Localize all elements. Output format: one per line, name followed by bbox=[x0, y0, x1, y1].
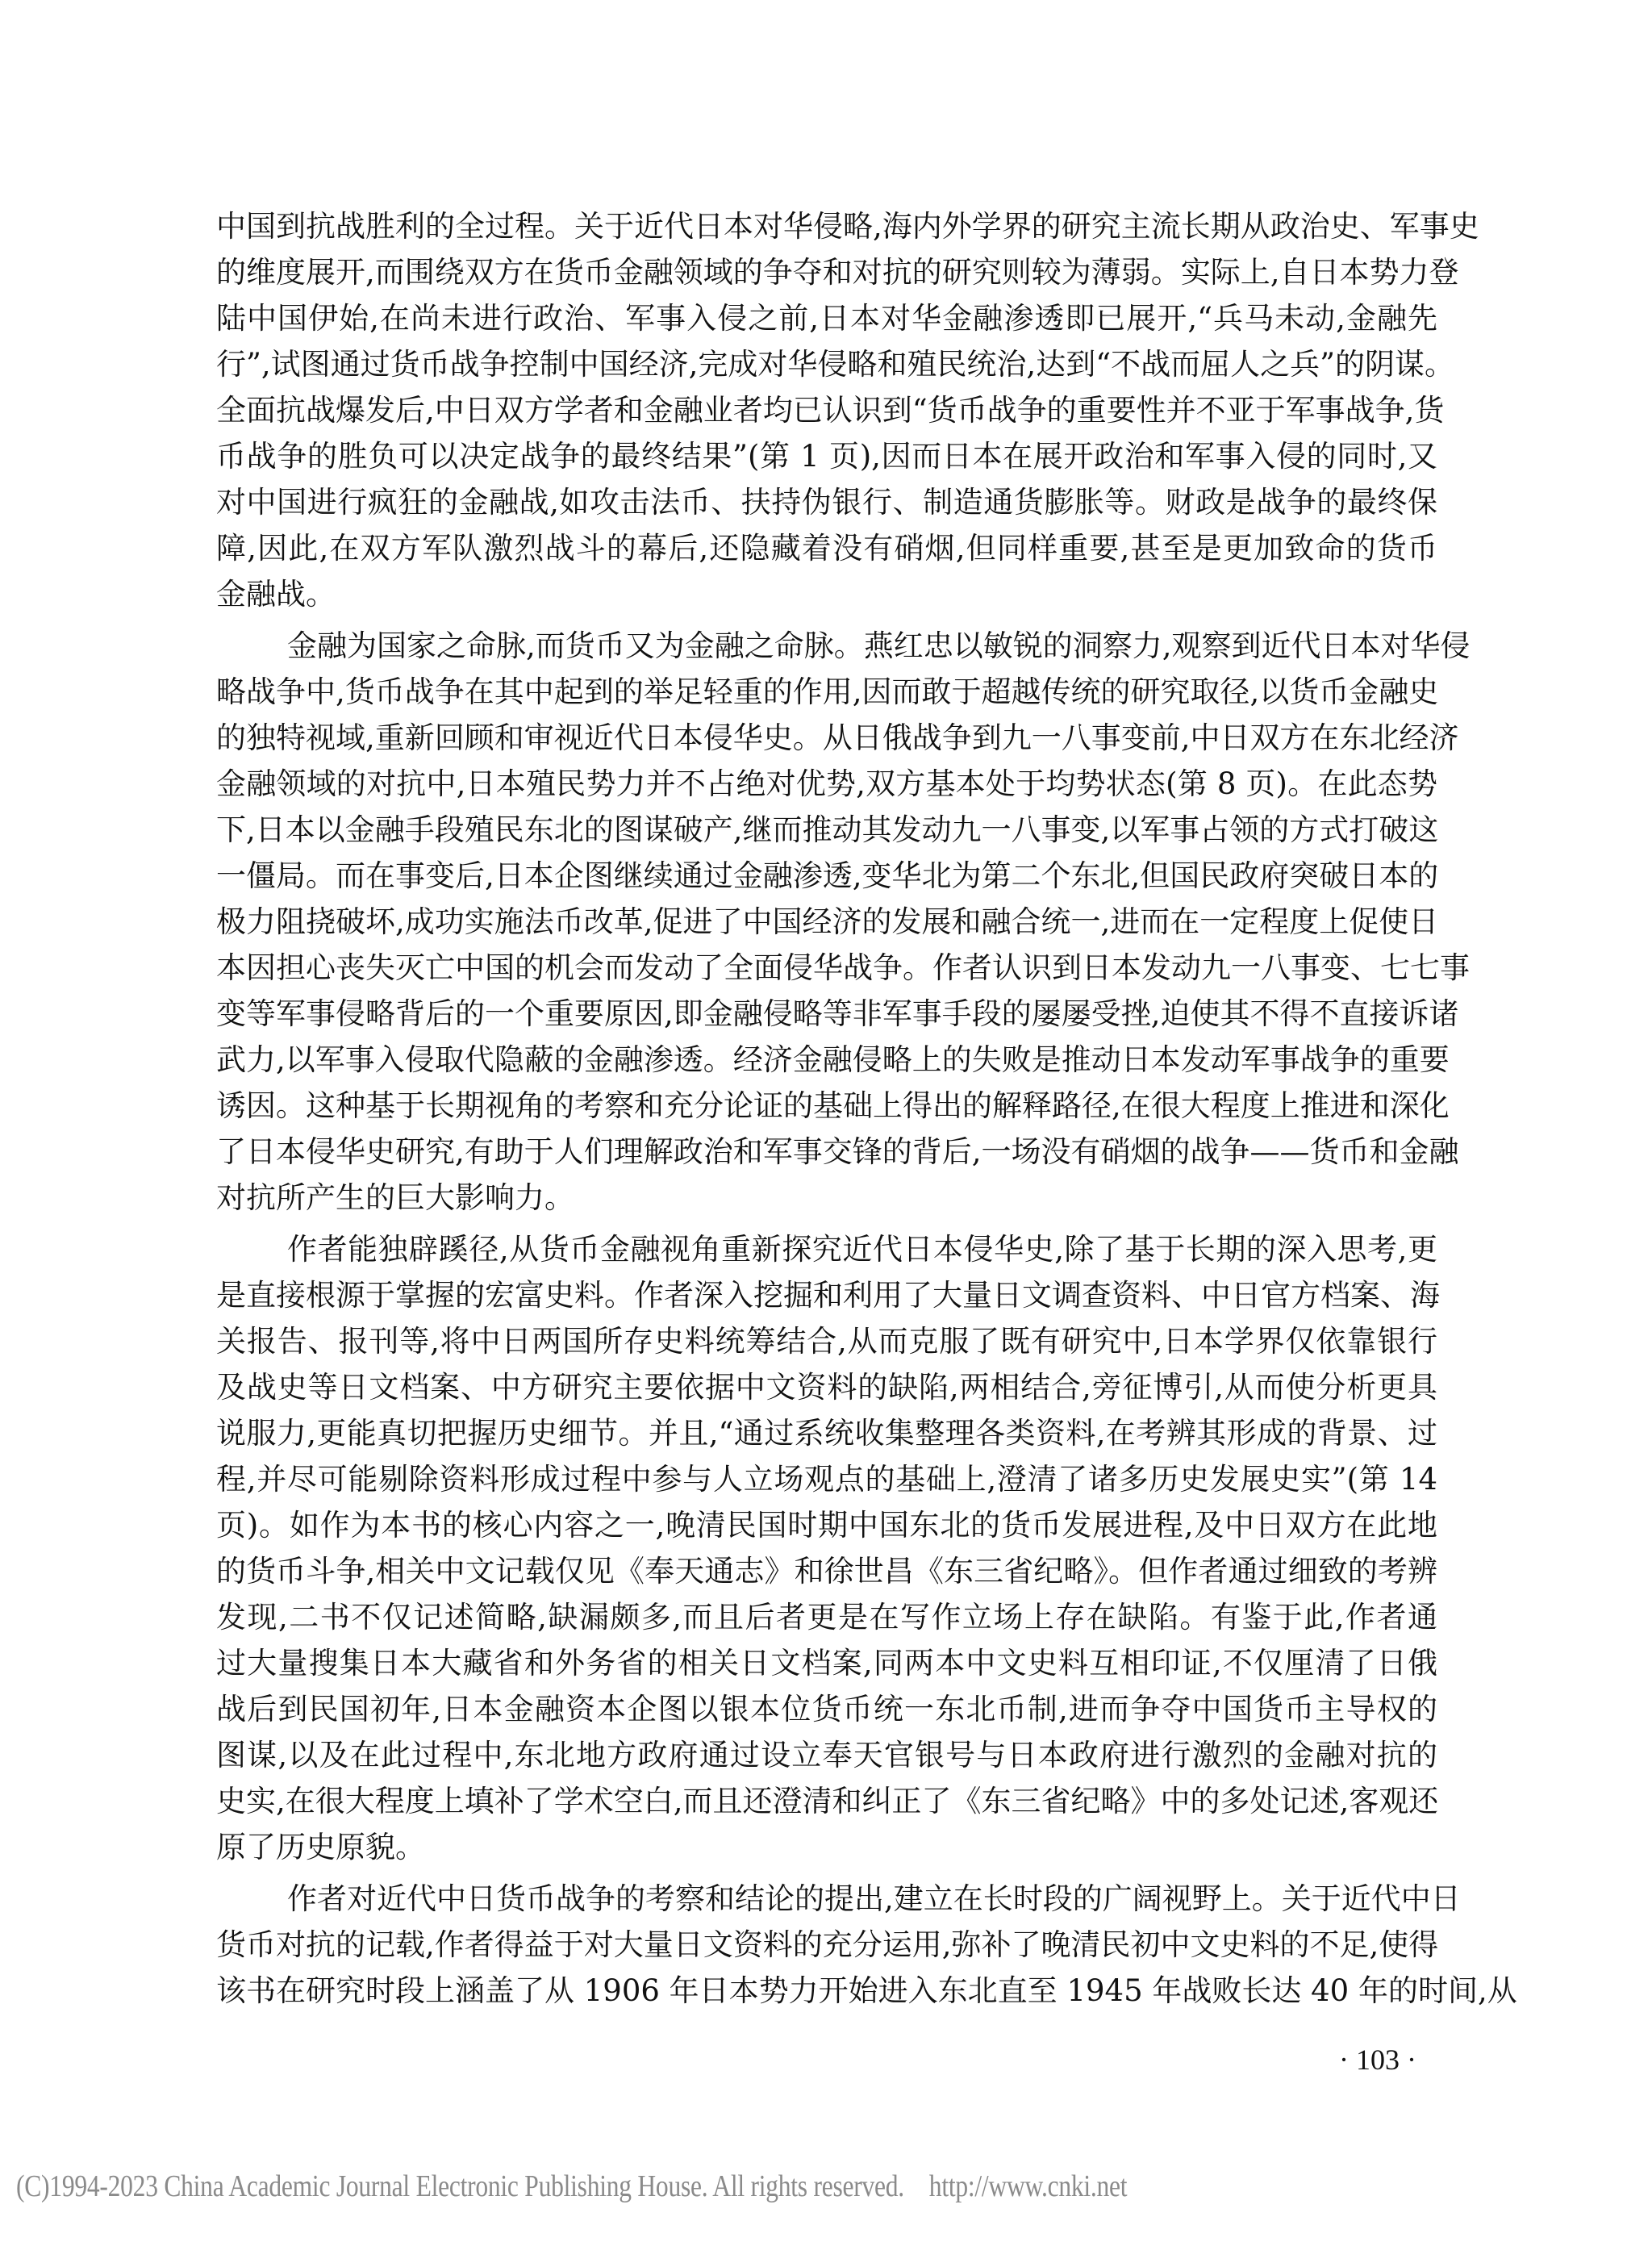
text-line: 武力,以军事入侵取代隐蔽的金融渗透。经济金融侵略上的失败是推动日本发动军事战争的… bbox=[216, 1037, 1437, 1083]
copyright-text: (C)1994-2023 China Academic Journal Elec… bbox=[16, 2169, 904, 2203]
text-line: 发现,二书不仅记述简略,缺漏颇多,而且后者更是在写作立场上存在缺陷。有鉴于此,作… bbox=[216, 1594, 1437, 1640]
text-line: 作者对近代中日货币战争的考察和结论的提出,建立在长时段的广阔视野上。关于近代中日 bbox=[216, 1876, 1437, 1922]
text-line: 图谋,以及在此过程中,东北地方政府通过设立奉天官银号与日本政府进行激烈的金融对抗… bbox=[216, 1732, 1437, 1778]
text-line: 的独特视域,重新回顾和审视近代日本侵华史。从日俄战争到九一八事变前,中日双方在东… bbox=[216, 715, 1437, 761]
text-line: 及战史等日文档案、中方研究主要依据中文资料的缺陷,两相结合,旁征博引,从而使分析… bbox=[216, 1364, 1437, 1410]
text-line: 对中国进行疯狂的金融战,如攻击法币、扶持伪银行、制造通货膨胀等。财政是战争的最终… bbox=[216, 479, 1437, 525]
text-line: 的维度展开,而围绕双方在货币金融领域的争夺和对抗的研究则较为薄弱。实际上,自日本… bbox=[216, 249, 1437, 295]
text-line: 该书在研究时段上涵盖了从 1906 年日本势力开始进入东北直至 1945 年战败… bbox=[216, 1968, 1437, 2014]
text-line: 说服力,更能真切把握历史细节。并且,“通过系统收集整理各类资料,在考辨其形成的背… bbox=[216, 1410, 1437, 1456]
text-line: 极力阻挠破坏,成功实施法币改革,促进了中国经济的发展和融合统一,进而在一定程度上… bbox=[216, 899, 1437, 945]
text-line: 金融战。 bbox=[216, 571, 1437, 617]
text-line: 对抗所产生的巨大影响力。 bbox=[216, 1175, 1437, 1221]
text-line: 金融领域的对抗中,日本殖民势力并不占绝对优势,双方基本处于均势状态(第 8 页)… bbox=[216, 761, 1437, 807]
text-line: 陆中国伊始,在尚未进行政治、军事入侵之前,日本对华金融渗透即已展开,“兵马未动,… bbox=[216, 295, 1437, 341]
text-line: 战后到民国初年,日本金融资本企图以银本位货币统一东北币制,进而争夺中国货币主导权… bbox=[216, 1686, 1437, 1732]
article-body: 中国到抗战胜利的全过程。关于近代日本对华侵略,海内外学界的研究主流长期从政治史、… bbox=[216, 203, 1437, 2019]
copyright-footer: (C)1994-2023 China Academic Journal Elec… bbox=[16, 2169, 1127, 2204]
paragraph-4: 作者对近代中日货币战争的考察和结论的提出,建立在长时段的广阔视野上。关于近代中日… bbox=[216, 1876, 1437, 2014]
text-line: 作者能独辟蹊径,从货币金融视角重新探究近代日本侵华史,除了基于长期的深入思考,更 bbox=[216, 1226, 1437, 1272]
text-line: 了日本侵华史研究,有助于人们理解政治和军事交锋的背后,一场没有硝烟的战争——货币… bbox=[216, 1129, 1437, 1175]
text-line: 关报告、报刊等,将中日两国所存史料统筹结合,从而克服了既有研究中,日本学界仅依靠… bbox=[216, 1318, 1437, 1364]
text-line: 略战争中,货币战争在其中起到的举足轻重的作用,因而敢于超越传统的研究取径,以货币… bbox=[216, 669, 1437, 715]
text-line: 史实,在很大程度上填补了学术空白,而且还澄清和纠正了《东三省纪略》中的多处记述,… bbox=[216, 1778, 1437, 1824]
text-line: 本因担心丧失灭亡中国的机会而发动了全面侵华战争。作者认识到日本发动九一八事变、七… bbox=[216, 945, 1437, 991]
text-line: 页)。如作为本书的核心内容之一,晚清民国时期中国东北的货币发展进程,及中日双方在… bbox=[216, 1502, 1437, 1548]
text-line: 的货币斗争,相关中文记载仅见《奉天通志》和徐世昌《东三省纪略》。但作者通过细致的… bbox=[216, 1548, 1437, 1594]
cnki-url-link[interactable]: http://www.cnki.net bbox=[929, 2169, 1128, 2203]
text-line: 是直接根源于掌握的宏富史料。作者深入挖掘和利用了大量日文调查资料、中日官方档案、… bbox=[216, 1272, 1437, 1318]
paragraph-3: 作者能独辟蹊径,从货币金融视角重新探究近代日本侵华史,除了基于长期的深入思考,更… bbox=[216, 1226, 1437, 1870]
paragraph-2: 金融为国家之命脉,而货币又为金融之命脉。燕红忠以敏锐的洞察力,观察到近代日本对华… bbox=[216, 623, 1437, 1221]
text-line: 过大量搜集日本大藏省和外务省的相关日文档案,同两本中文史料互相印证,不仅厘清了日… bbox=[216, 1640, 1437, 1686]
text-line: 金融为国家之命脉,而货币又为金融之命脉。燕红忠以敏锐的洞察力,观察到近代日本对华… bbox=[216, 623, 1437, 669]
text-line: 诱因。这种基于长期视角的考察和充分论证的基础上得出的解释路径,在很大程度上推进和… bbox=[216, 1083, 1437, 1129]
text-line: 全面抗战爆发后,中日双方学者和金融业者均已认识到“货币战争的重要性并不亚于军事战… bbox=[216, 387, 1437, 433]
page-number: · 103 · bbox=[1339, 2043, 1416, 2077]
text-line: 下,日本以金融手段殖民东北的图谋破产,继而推动其发动九一八事变,以军事占领的方式… bbox=[216, 807, 1437, 853]
text-line: 中国到抗战胜利的全过程。关于近代日本对华侵略,海内外学界的研究主流长期从政治史、… bbox=[216, 203, 1437, 249]
text-line: 币战争的胜负可以决定战争的最终结果”(第 1 页),因而日本在展开政治和军事入侵… bbox=[216, 433, 1437, 479]
text-line: 原了历史原貌。 bbox=[216, 1824, 1437, 1870]
text-line: 障,因此,在双方军队激烈战斗的幕后,还隐藏着没有硝烟,但同样重要,甚至是更加致命… bbox=[216, 525, 1437, 571]
text-line: 行”,试图通过货币战争控制中国经济,完成对华侵略和殖民统治,达到“不战而屈人之兵… bbox=[216, 341, 1437, 387]
text-line: 变等军事侵略背后的一个重要原因,即金融侵略等非军事手段的屡屡受挫,迫使其不得不直… bbox=[216, 991, 1437, 1037]
paragraph-1: 中国到抗战胜利的全过程。关于近代日本对华侵略,海内外学界的研究主流长期从政治史、… bbox=[216, 203, 1437, 617]
text-line: 货币对抗的记载,作者得益于对大量日文资料的充分运用,弥补了晚清民初中文史料的不足… bbox=[216, 1922, 1437, 1968]
text-line: 程,并尽可能剔除资料形成过程中参与人立场观点的基础上,澄清了诸多历史发展史实”(… bbox=[216, 1456, 1437, 1502]
text-line: 一僵局。而在事变后,日本企图继续通过金融渗透,变华北为第二个东北,但国民政府突破… bbox=[216, 853, 1437, 899]
